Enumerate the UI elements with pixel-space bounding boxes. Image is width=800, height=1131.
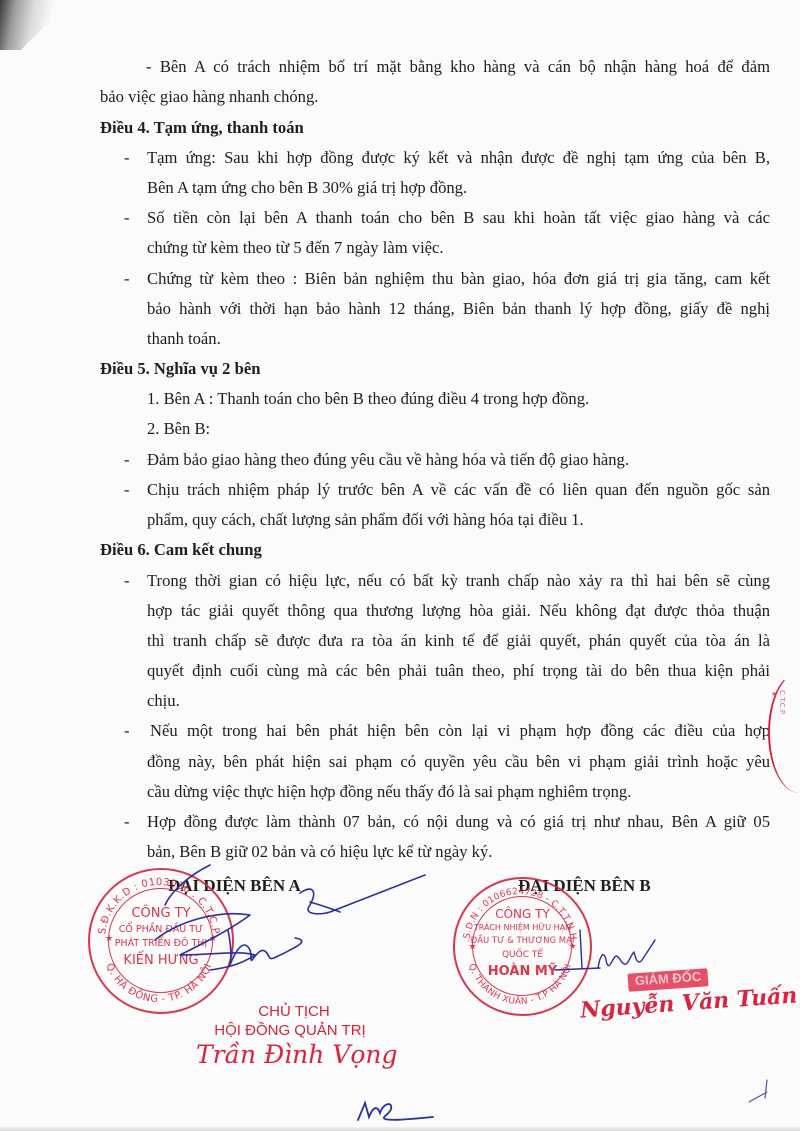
bullet-dash: - (124, 208, 130, 228)
party-a-name: Trần Đình Vọng (196, 1040, 398, 1069)
party-a-position: HỘI ĐỒNG QUẢN TRỊ (190, 1022, 390, 1039)
item-line: thì tranh chấp sẽ được đưa ra tòa án kin… (147, 631, 770, 651)
bullet-dash: - (124, 721, 130, 741)
item-line: Chứng từ kèm theo : Biên bản nghiệm thu … (147, 269, 770, 289)
item-line: bản, Bên B giữ 02 bản và có hiệu lực kể … (147, 842, 492, 862)
pen-mark (745, 1078, 775, 1108)
article-5-heading: Điều 5. Nghĩa vụ 2 bên (100, 359, 260, 379)
bullet-dash: - (124, 480, 130, 500)
item-line: đồng này, bên phát hiện sai phạm có quyề… (147, 752, 770, 772)
bullet-dash: - (124, 450, 130, 470)
item-line: Số tiền còn lại bên A thanh toán cho bên… (147, 208, 770, 228)
numbered-item: 1. Bên A : Thanh toán cho bên B theo đún… (147, 389, 589, 409)
intro-line: - Bên A có trách nhiệm bố trí mặt bằng k… (146, 57, 770, 77)
bullet-dash: - (124, 812, 130, 832)
item-line: Chịu trách nhiệm pháp lý trước bên A về … (147, 480, 770, 500)
item-line: chứng từ kèm theo từ 5 đến 7 ngày làm vi… (147, 238, 444, 258)
item-line: Tạm ứng: Sau khi hợp đồng được ký kết và… (147, 148, 770, 168)
item-line: quyết định cuối cùng mà các bên phải tuâ… (147, 661, 770, 681)
item-line: Trong thời gian có hiệu lực, nếu có bất … (147, 571, 770, 591)
intro-line: bảo việc giao hàng nhanh chóng. (100, 87, 318, 107)
scan-bottom-edge (0, 1127, 800, 1131)
item-line: bảo hành với thời hạn bảo hành 12 tháng,… (147, 299, 770, 319)
item-line: Bên A tạm ứng cho bên B 30% giá trị hợp … (147, 178, 467, 198)
item-line: phẩm, quy cách, chất lượng sản phẩm đối … (147, 510, 584, 530)
bullet-dash: - (124, 148, 130, 168)
item-line: thanh toán. (147, 329, 221, 349)
scan-edge-shadow (0, 0, 70, 50)
item-line: Hợp đồng được làm thành 07 bản, có nội d… (147, 812, 770, 832)
article-6-heading: Điều 6. Cam kết chung (100, 540, 262, 560)
edge-stamp-text: C.T.C.P ★ (770, 690, 786, 714)
bullet-dash: - (124, 571, 130, 591)
item-line: Nếu một trong hai bên phát hiện bên còn … (150, 721, 770, 741)
stamp-line: CÔNG TY (455, 907, 590, 921)
party-a-signature (80, 860, 440, 1010)
article-4-heading: Điều 4. Tạm ứng, thanh toán (100, 118, 304, 138)
numbered-item: 2. Bên B: (147, 419, 210, 439)
initials-mark (355, 1095, 435, 1125)
bullet-dash: - (124, 269, 130, 289)
party-a-position: CHỦ TỊCH (244, 1003, 344, 1020)
item-line: chịu. (147, 691, 180, 711)
item-line: cầu dừng việc thực hiện hợp đồng nếu thấ… (147, 782, 631, 802)
item-line: Đảm bảo giao hàng theo đúng yêu cầu về h… (147, 450, 629, 470)
item-line: hợp tác giải quyết thông qua thương lượn… (147, 601, 770, 621)
